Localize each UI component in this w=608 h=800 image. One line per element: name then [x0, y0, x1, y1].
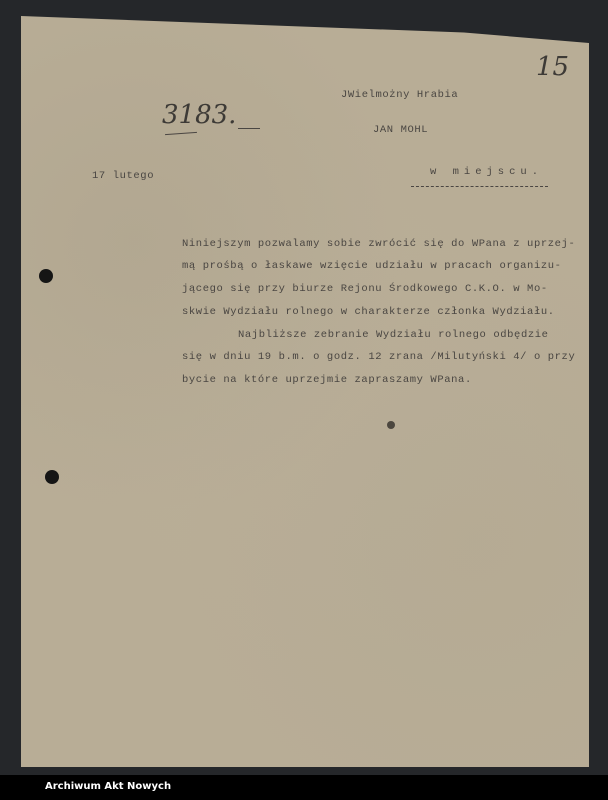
- body-line-6: się w dniu 19 b.m. o godz. 12 zrana /Mil…: [182, 351, 575, 363]
- footer-bar: Archiwum Akt Nowych: [0, 775, 608, 800]
- addressee-location: w miejscu.: [430, 166, 543, 178]
- ink-spot: [387, 421, 395, 429]
- letter-date: 17 lutego: [92, 170, 154, 182]
- body-line-3: jącego się przy biurze Rejonu Środkowego…: [182, 283, 548, 295]
- body-line-2: mą prośbą o łaskawe wzięcie udziału w pr…: [182, 260, 562, 272]
- addressee-title: JWielmożny Hrabia: [341, 89, 458, 101]
- archive-number-dash: [238, 128, 260, 129]
- body-line-1: Niniejszym pozwalamy sobie zwrócić się d…: [182, 238, 575, 250]
- archive-logo-text[interactable]: Archiwum Akt Nowych: [45, 781, 171, 792]
- body-line-5: Najbliższe zebranie Wydziału rolnego odb…: [238, 329, 549, 341]
- body-line-4: skwie Wydziału rolnego w charakterze czł…: [182, 306, 555, 318]
- document-page: [21, 16, 589, 767]
- page-number: 15: [536, 52, 569, 82]
- archive-number: 3183.: [162, 100, 236, 130]
- scan-viewer: 15 3183. JWielmożny Hrabia JAN MOHL 17 l…: [0, 0, 608, 775]
- addressee-name: JAN MOHL: [373, 124, 428, 136]
- punch-hole-top: [39, 269, 53, 283]
- punch-hole-bottom: [45, 470, 59, 484]
- body-line-7: bycie na które uprzejmie zapraszamy WPan…: [182, 374, 472, 386]
- location-underline: [411, 186, 548, 187]
